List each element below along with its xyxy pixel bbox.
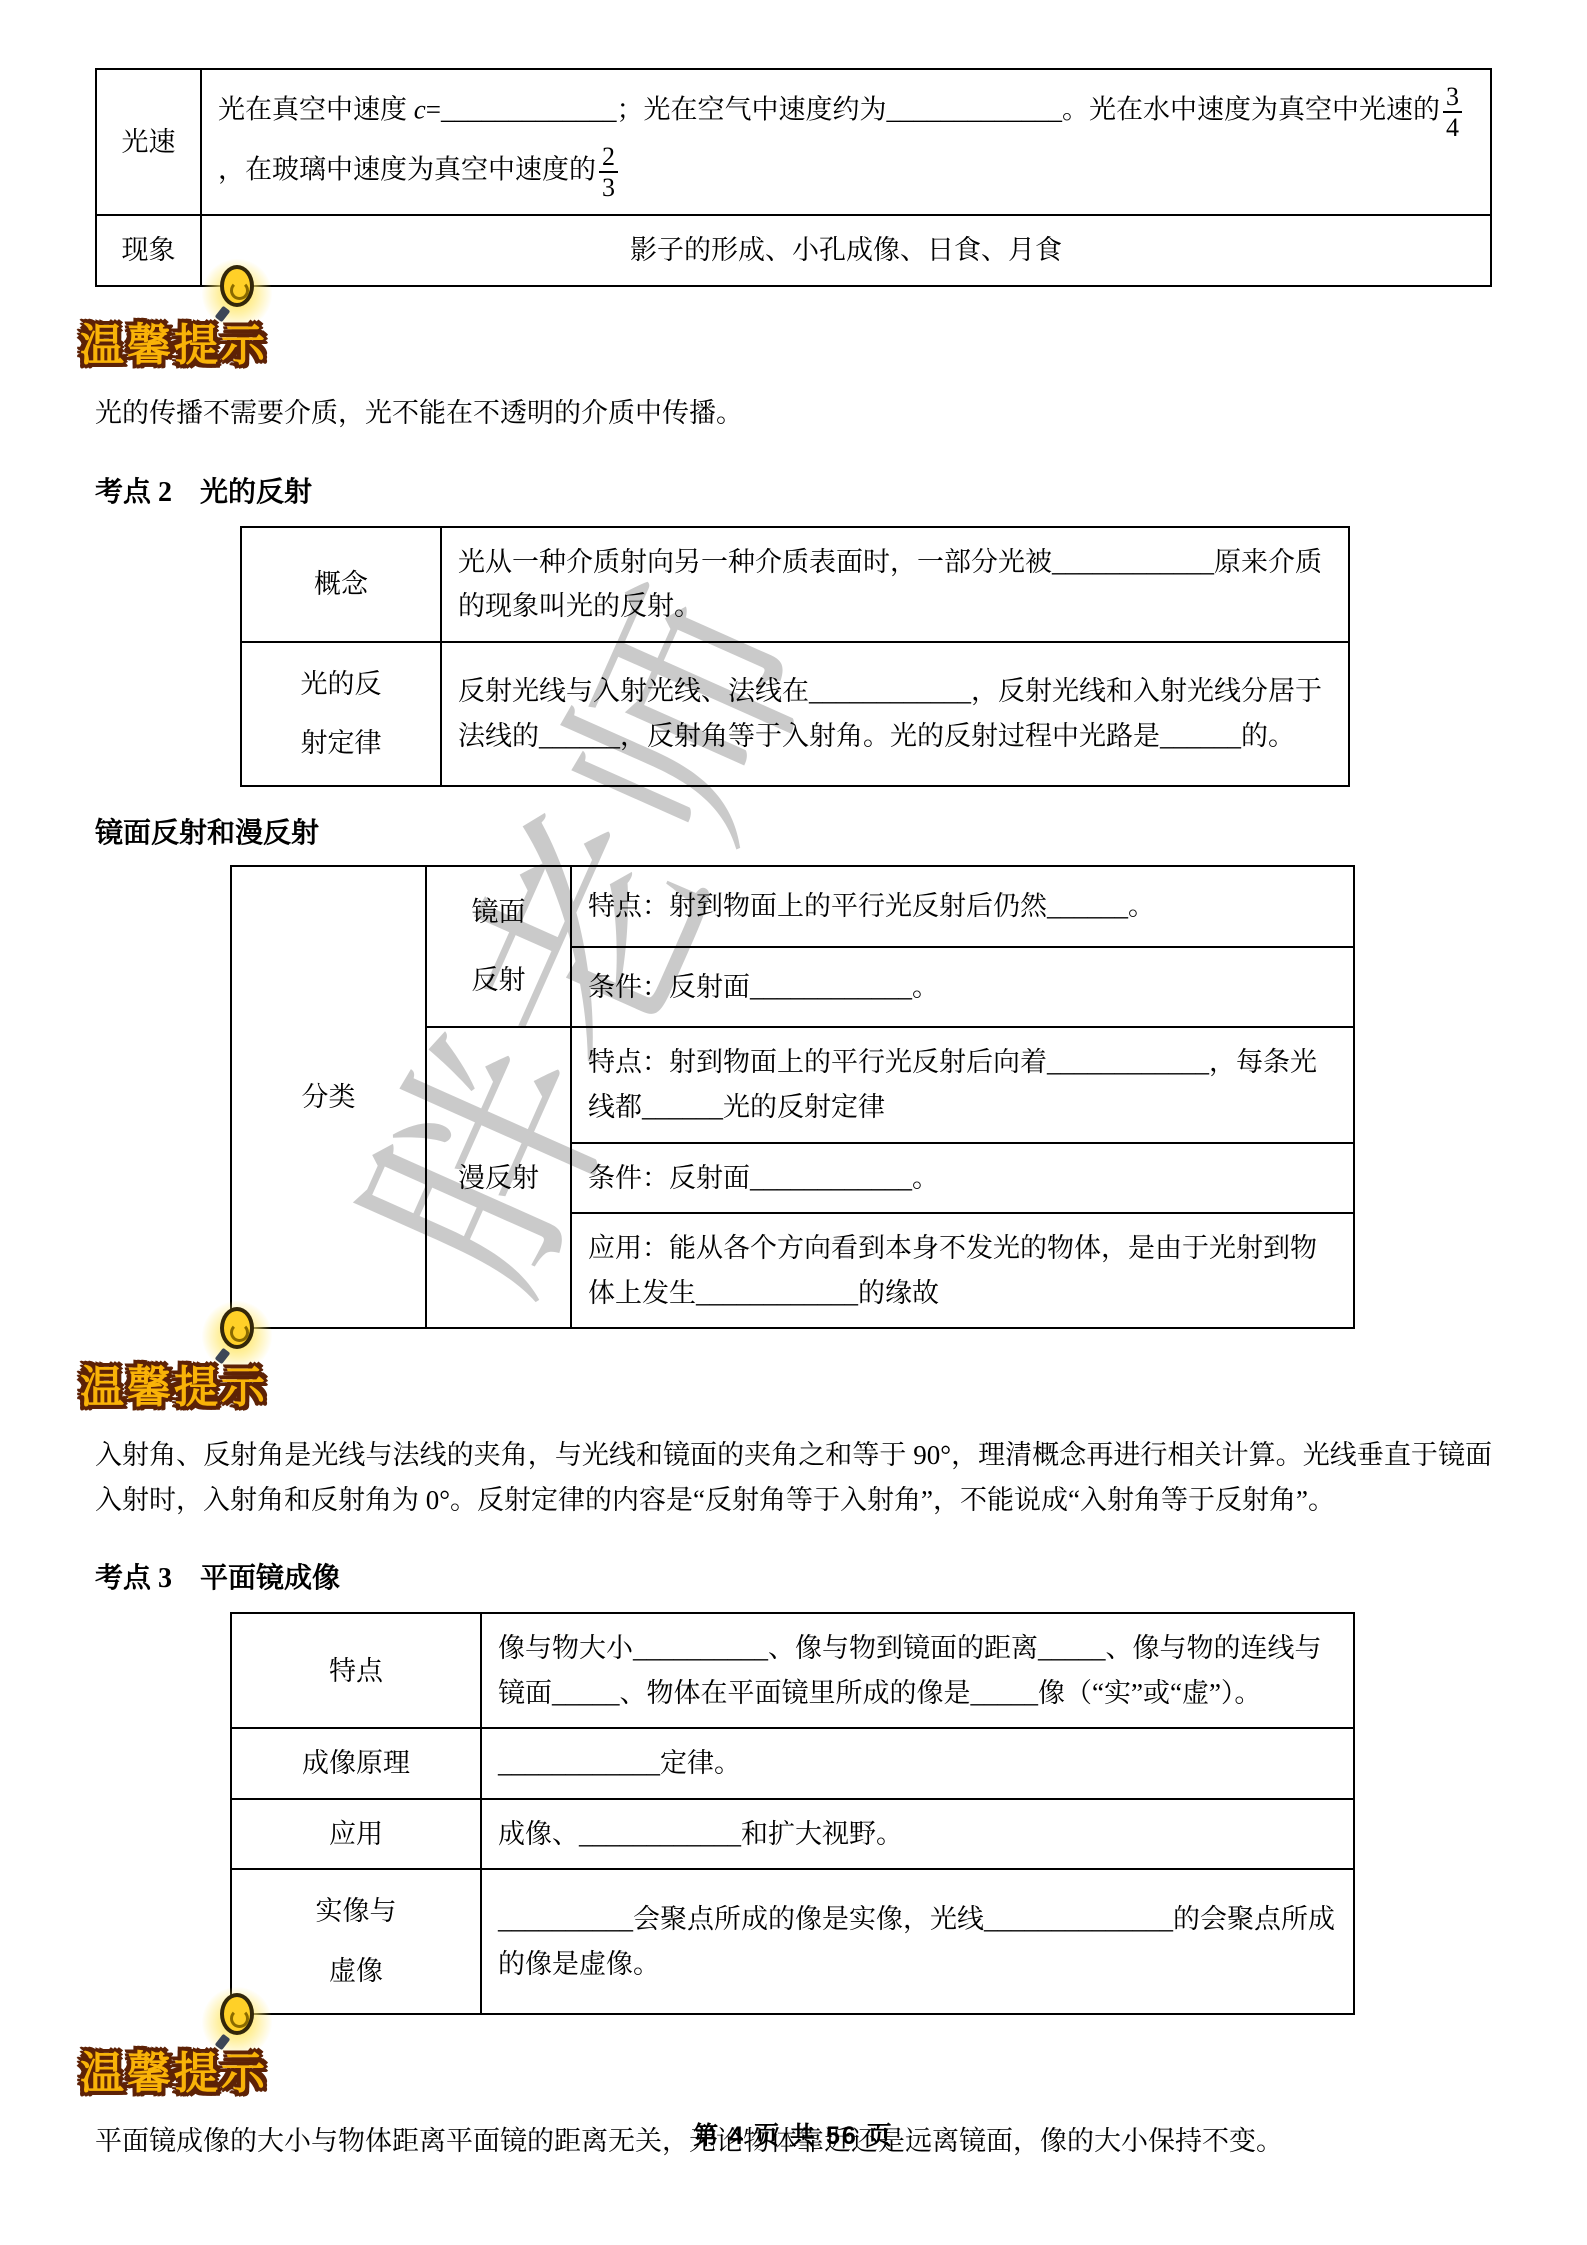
tip-badge-label: 温馨提示 <box>80 2037 268 2101</box>
tip-badge-1: 温馨提示 <box>80 303 400 367</box>
cell-label-specular: 镜面 反射 <box>426 866 571 1027</box>
cell-label-diffuse: 漫反射 <box>426 1027 571 1328</box>
document-page: 胖老师 光速 光在真空中速度 c=_____________；光在空气中速度约为… <box>0 0 1587 2245</box>
table-row: 光速 光在真空中速度 c=_____________；光在空气中速度约为____… <box>96 69 1491 215</box>
lightspeed-text-1: 光在真空中速度 <box>218 94 414 124</box>
cell-content-lightspeed: 光在真空中速度 c=_____________；光在空气中速度约为_______… <box>201 69 1491 215</box>
cell-label-classification: 分类 <box>231 866 426 1328</box>
cell-content-features: 像与物大小__________、像与物到镜面的距离_____、像与物的连线与镜面… <box>481 1613 1354 1728</box>
cell-specular-feature: 特点：射到物面上的平行光反射后仍然______。 <box>571 866 1354 947</box>
cell-content-phenomena: 影子的形成、小孔成像、日食、月食 <box>201 215 1491 286</box>
lightspeed-text-2: =_____________；光在空气中速度约为_____________。光在… <box>426 94 1440 124</box>
light-speed-table: 光速 光在真空中速度 c=_____________；光在空气中速度约为____… <box>95 68 1492 287</box>
math-var-c: c <box>414 94 426 124</box>
heading-kaodian-3: 考点 3 平面镜成像 <box>95 1556 1587 1596</box>
fraction-three-fourths: 34 <box>1443 82 1462 142</box>
table-row: 概念 光从一种介质射向另一种介质表面时，一部分光被____________原来介… <box>241 527 1349 642</box>
cell-label-application: 应用 <box>231 1799 481 1870</box>
heading-kaodian-2: 考点 2 光的反射 <box>95 470 1587 510</box>
cell-diffuse-application: 应用：能从各个方向看到本身不发光的物体，是由于光射到物体上发生_________… <box>571 1213 1354 1328</box>
cell-specular-condition: 条件：反射面____________。 <box>571 947 1354 1028</box>
reflection-table: 概念 光从一种介质射向另一种介质表面时，一部分光被____________原来介… <box>240 526 1350 788</box>
fraction-two-thirds: 23 <box>599 142 618 202</box>
classification-table: 分类 镜面 反射 特点：射到物面上的平行光反射后仍然______。 条件：反射面… <box>230 865 1355 1329</box>
table-row: 实像与 虚像 __________会聚点所成的像是实像，光线__________… <box>231 1869 1354 2014</box>
cell-label-features: 特点 <box>231 1613 481 1728</box>
cell-diffuse-condition: 条件：反射面____________。 <box>571 1143 1354 1214</box>
cell-label-reflection-law: 光的反 射定律 <box>241 642 441 787</box>
heading-mirror-diffuse: 镜面反射和漫反射 <box>95 811 1587 851</box>
tip-text-2: 入射角、反射角是光线与法线的夹角，与光线和镜面的夹角之和等于 90°，理清概念再… <box>95 1433 1492 1522</box>
table-row: 现象 影子的形成、小孔成像、日食、月食 <box>96 215 1491 286</box>
tip-text-1: 光的传播不需要介质，光不能在不透明的介质中传播。 <box>95 391 1492 436</box>
page-number: 第 4 页 共 56 页 <box>0 2116 1587 2152</box>
tip-badge-2: 温馨提示 <box>80 1345 400 1409</box>
cell-content-real-virtual: __________会聚点所成的像是实像，光线______________的会聚… <box>481 1869 1354 2014</box>
cell-label-lightspeed: 光速 <box>96 69 201 215</box>
cell-diffuse-feature: 特点：射到物面上的平行光反射后向着____________，每条光线都_____… <box>571 1027 1354 1142</box>
cell-label-phenomena: 现象 <box>96 215 201 286</box>
cell-content-reflection-law: 反射光线与入射光线、法线在____________，反射光线和入射光线分居于法线… <box>441 642 1349 787</box>
cell-label-imaging-principle: 成像原理 <box>231 1728 481 1799</box>
cell-content-imaging-principle: ____________定律。 <box>481 1728 1354 1799</box>
cell-content-application: 成像、____________和扩大视野。 <box>481 1799 1354 1870</box>
table-row: 光的反 射定律 反射光线与入射光线、法线在____________，反射光线和入… <box>241 642 1349 787</box>
plane-mirror-table: 特点 像与物大小__________、像与物到镜面的距离_____、像与物的连线… <box>230 1612 1355 2015</box>
tip-badge-label: 温馨提示 <box>80 1351 268 1415</box>
lightspeed-text-3: ，在玻璃中速度为真空中速度的 <box>218 155 596 185</box>
table-row: 成像原理 ____________定律。 <box>231 1728 1354 1799</box>
cell-content-concept: 光从一种介质射向另一种介质表面时，一部分光被____________原来介质的现… <box>441 527 1349 642</box>
table-row: 特点 像与物大小__________、像与物到镜面的距离_____、像与物的连线… <box>231 1613 1354 1728</box>
cell-label-concept: 概念 <box>241 527 441 642</box>
tip-badge-3: 温馨提示 <box>80 2031 400 2095</box>
tip-badge-label: 温馨提示 <box>80 309 268 373</box>
table-row: 分类 镜面 反射 特点：射到物面上的平行光反射后仍然______。 <box>231 866 1354 947</box>
table-row: 应用 成像、____________和扩大视野。 <box>231 1799 1354 1870</box>
